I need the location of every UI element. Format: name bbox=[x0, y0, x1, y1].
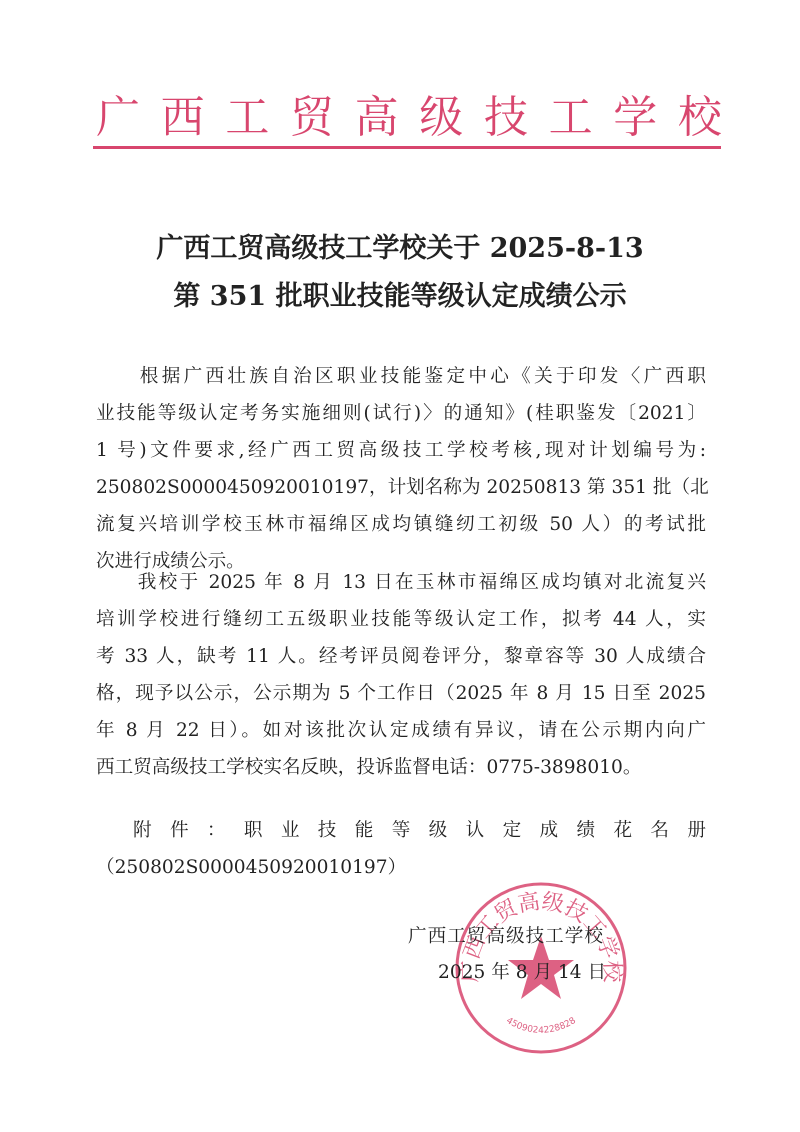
body-paragraph-1: 根据广西壮族自治区职业技能鉴定中心《关于印发〈广西职 业技能等级认定考务实施细则… bbox=[96, 358, 706, 580]
letterhead: 广 西 工 贸 高 级 技 工 学 校 bbox=[96, 92, 722, 144]
text-line: 考 33 人，缺考 11 人。经考评员阅卷评分，黎章容等 30 人成绩合 bbox=[96, 638, 706, 675]
letterhead-rule bbox=[93, 146, 721, 149]
text-line: 我校于 2025 年 8 月 13 日在玉林市福绵区成均镇对北流复兴 bbox=[96, 564, 706, 601]
letterhead-char: 校 bbox=[678, 92, 722, 144]
text-line: 培训学校进行缝纫工五级职业技能等级认定工作，拟考 44 人，实 bbox=[96, 601, 706, 638]
letterhead-char: 技 bbox=[484, 92, 528, 144]
svg-text:4509024228828: 4509024228828 bbox=[504, 1016, 578, 1036]
attachment-plan-code: （250802S0000450920010197） bbox=[96, 849, 706, 886]
signature-date: 2025 年 8 月 14 日 bbox=[438, 958, 606, 984]
signature-organization: 广西工贸高级技工学校 bbox=[408, 922, 604, 948]
text-line: 格，现予以公示，公示期为 5 个工作日（2025 年 8 月 15 日至 202… bbox=[96, 675, 706, 712]
letterhead-char: 级 bbox=[419, 92, 463, 144]
letterhead-char: 工 bbox=[549, 92, 593, 144]
text-line: 业技能等级认定考务实施细则(试行)〉的通知》(桂职鉴发〔2021〕 bbox=[96, 395, 706, 432]
text-line: 年 8 月 22 日）。如对该批次认定成绩有异议，请在公示期内向广 bbox=[96, 712, 706, 749]
attachment-label: 附件：职业技能等级认定成绩花名册 bbox=[96, 812, 706, 849]
text-line: 根据广西壮族自治区职业技能鉴定中心《关于印发〈广西职 bbox=[96, 358, 706, 395]
text-line: 1 号)文件要求,经广西工贸高级技工学校考核,现对计划编号为: bbox=[96, 432, 706, 469]
letterhead-char: 学 bbox=[613, 92, 657, 144]
body-paragraph-2: 我校于 2025 年 8 月 13 日在玉林市福绵区成均镇对北流复兴 培训学校进… bbox=[96, 564, 706, 786]
letterhead-char: 贸 bbox=[290, 92, 334, 144]
letterhead-char: 高 bbox=[355, 92, 399, 144]
document-title-line-1: 广西工贸高级技工学校关于 2025-8-13 bbox=[0, 226, 800, 265]
document-title-line-2: 第 351 批职业技能等级认定成绩公示 bbox=[0, 274, 800, 313]
text-line: 西工贸高级技工学校实名反映，投诉监督电话：0775-3898010。 bbox=[96, 749, 706, 786]
letterhead-char: 西 bbox=[161, 92, 205, 144]
text-line: 250802S0000450920010197，计划名称为 20250813 第… bbox=[96, 469, 706, 506]
text-line: 流复兴培训学校玉林市福绵区成均镇缝纫工初级 50 人）的考试批 bbox=[96, 506, 706, 543]
letterhead-char: 广 bbox=[96, 92, 140, 144]
letterhead-char: 工 bbox=[225, 92, 269, 144]
attachment-note: 附件：职业技能等级认定成绩花名册 （250802S000045092001019… bbox=[96, 812, 706, 886]
